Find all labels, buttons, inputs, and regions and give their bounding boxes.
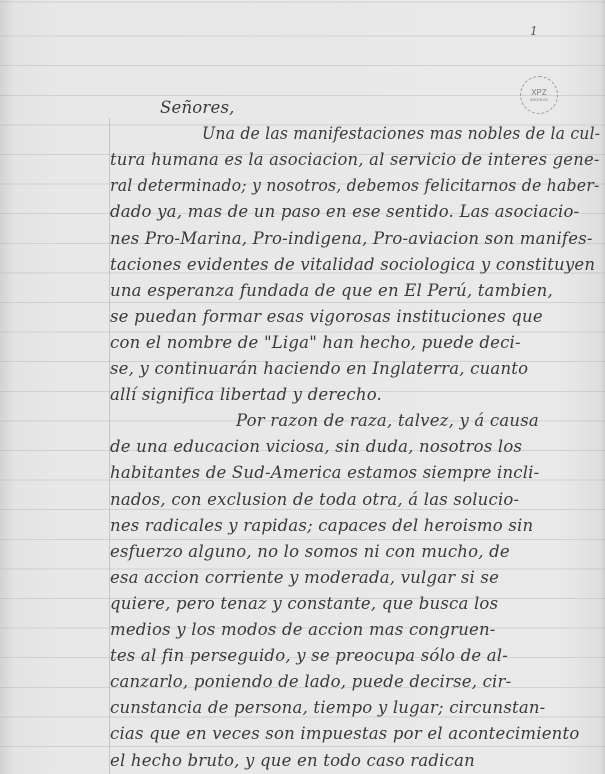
text-line: Por razon de raza, talvez, y á causa xyxy=(236,411,539,430)
text-line: de una educacion viciosa, sin duda, noso… xyxy=(110,437,522,456)
salutation: Señores, xyxy=(160,98,235,117)
text-line: nes radicales y rapidas; capaces del her… xyxy=(110,516,533,535)
text-line: se puedan formar esas vigorosas instituc… xyxy=(110,307,543,326)
stamp-code: XPZ xyxy=(531,88,547,97)
text-line: tura humana es la asociacion, al servici… xyxy=(110,150,600,169)
text-line: con el nombre de "Liga" han hecho, puede… xyxy=(110,333,521,352)
text-line: esfuerzo alguno, no lo somos ni con much… xyxy=(110,542,510,561)
stamp-subtext: ARCHIVO xyxy=(530,97,548,102)
text-line: canzarlo, poniendo de lado, puede decirs… xyxy=(110,672,511,691)
text-line: quiere, pero tenaz y constante, que busc… xyxy=(110,594,498,613)
text-line: taciones evidentes de vitalidad sociolog… xyxy=(110,255,595,274)
text-line: dado ya, mas de un paso en ese sentido. … xyxy=(110,202,579,221)
text-line: ral determinado; y nosotros, debemos fel… xyxy=(110,176,599,195)
text-line: el hecho bruto, y que en todo caso radic… xyxy=(110,751,475,770)
text-line: habitantes de Sud-America estamos siempr… xyxy=(110,463,539,482)
text-line: medios y los modos de accion mas congrue… xyxy=(110,620,496,639)
text-line: nados, con exclusion de toda otra, á las… xyxy=(110,490,519,509)
text-line: nes Pro-Marina, Pro-indigena, Pro-aviaci… xyxy=(110,229,593,248)
text-line: Una de las manifestaciones mas nobles de… xyxy=(202,124,600,143)
text-line: cias que en veces son impuestas por el a… xyxy=(110,724,579,743)
text-line: cunstancia de persona, tiempo y lugar; c… xyxy=(110,698,545,717)
letter-page: 1 XPZ ARCHIVO Señores, Una de las manife… xyxy=(0,0,605,774)
archive-stamp: XPZ ARCHIVO xyxy=(520,76,558,114)
text-line: se, y continuarán haciendo en Inglaterra… xyxy=(110,359,528,378)
text-line: allí significa libertad y derecho. xyxy=(110,385,382,404)
text-line: tes al fin perseguido, y se preocupa sól… xyxy=(110,646,508,665)
page-number: 1 xyxy=(530,24,538,38)
text-line: esa accion corriente y moderada, vulgar … xyxy=(110,568,499,587)
text-line: una esperanza fundada de que en El Perú,… xyxy=(110,281,553,300)
